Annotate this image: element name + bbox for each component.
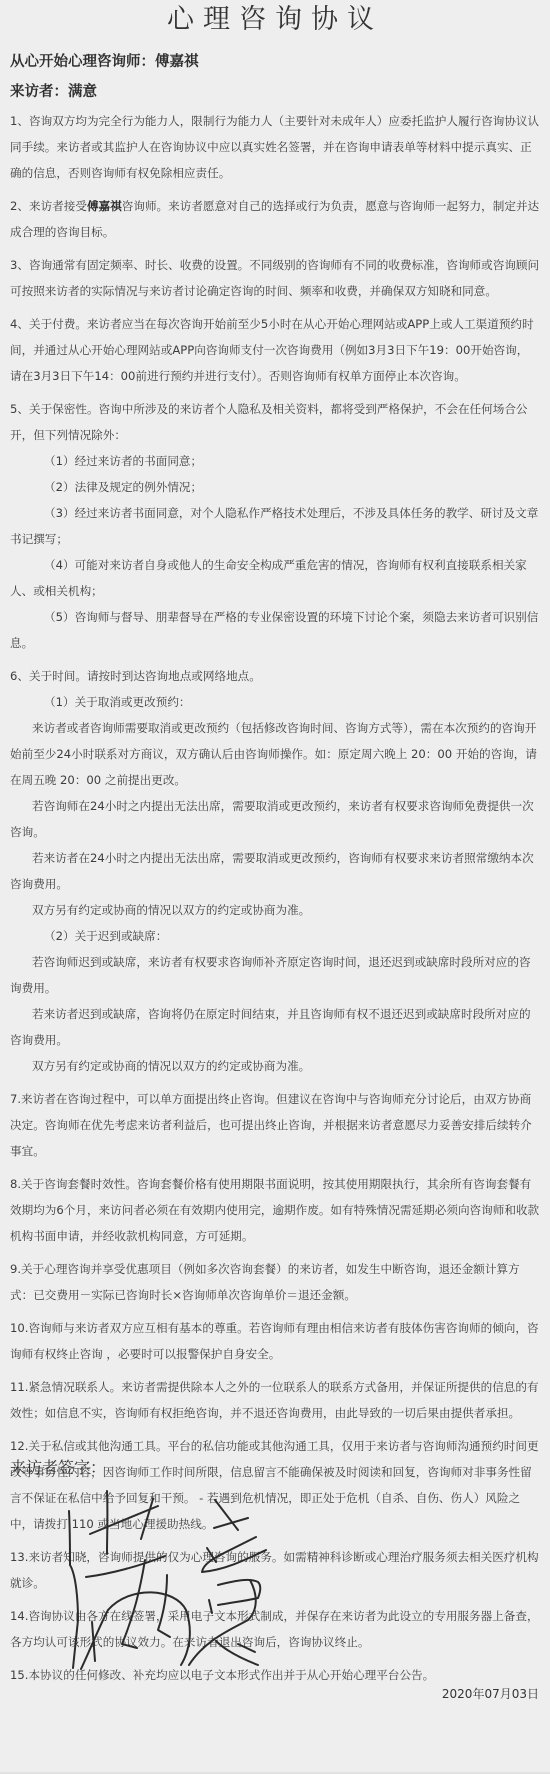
clause-5-item: （5）咨询师与督导、朋辈督导在严格的专业保密设置的环境下讨论个案，须隐去来访者可…: [10, 604, 540, 656]
clause-5: 5、关于保密性。咨询中所涉及的来访者个人隐私及相关资料，都将受到严格保护，不会在…: [10, 396, 540, 448]
signature-date: 2020年07月03日: [442, 1686, 539, 1702]
clause-8: 8.关于咨询套餐时效性。咨询套餐价格有使用期限书面说明，按其使用期限执行，其余所…: [10, 1171, 540, 1249]
clause-5-item: （4）可能对来访者自身或他人的生命安全构成严重危害的情况，咨询师有权利直接联系相…: [10, 552, 540, 604]
client-header: 来访者：满意: [10, 82, 97, 102]
clause-5-item: （2）法律及规定的例外情况；: [10, 474, 540, 500]
clause-6-sub1-para: 若来访者在24小时之内提出无法出席，需要取消或更改预约，咨询师有权要求来访者照常…: [10, 845, 540, 897]
clause-2-counselor-name: 傅嘉祺: [87, 199, 122, 213]
client-label: 来访者：: [10, 84, 68, 100]
counselor-name: 傅嘉祺: [155, 54, 199, 70]
clause-6-sub2-title: （2）关于迟到或缺席：: [10, 923, 540, 949]
clause-6: 6、关于时间。请按时到达咨询地点或网络地点。: [10, 663, 540, 689]
counselor-header: 从心开始心理咨询师：傅嘉祺: [10, 52, 199, 72]
clause-6-sub1-title: （1）关于取消或更改预约：: [10, 689, 540, 715]
agreement-page: 心理咨询协议 从心开始心理咨询师：傅嘉祺 来访者：满意 1、咨询双方均为完全行为…: [0, 0, 550, 1774]
clause-6-sub1-para: 双方另有约定或协商的情况以双方的约定或协商为准。: [10, 897, 540, 923]
clause-10: 10.咨询师与来访者双方应互相有基本的尊重。若咨询师有理由相信来访者有肢体伤害咨…: [10, 1315, 540, 1367]
clause-7: 7.来访者在咨询过程中，可以单方面提出终止咨询。但建议在咨询中与咨询师充分讨论后…: [10, 1086, 540, 1164]
clause-2: 2、来访者接受傅嘉祺咨询师。来访者愿意对自己的选择或行为负责，愿意与咨询师一起努…: [10, 193, 540, 245]
clause-6-sub2-para: 若来访者迟到或缺席，咨询将仍在原定时间结束，并且咨询师有权不退还迟到或缺席时段所…: [10, 1001, 540, 1053]
clause-9: 9.关于心理咨询并享受优惠项目（例如多次咨询套餐）的来访者，如发生中断咨询，退还…: [10, 1256, 540, 1308]
clause-6-sub2-para: 若咨询师迟到或缺席，来访者有权要求咨询师补齐原定咨询时间，退还迟到或缺席时段所对…: [10, 949, 540, 1001]
clause-6-sub1-para: 来访者或者咨询师需要取消或更改预约（包括修改咨询时间、咨询方式等），需在本次预约…: [10, 715, 540, 793]
clause-1: 1、咨询双方均为完全行为能力人，限制行为能力人（主要针对未成年人）应委托监护人履…: [10, 108, 540, 186]
clause-6-sub1-para: 若咨询师在24小时之内提出无法出席，需要取消或更改预约，来访者有权要求咨询师免费…: [10, 793, 540, 845]
clause-5-item: （3）经过来访者书面同意，对个人隐私作严格技术处理后，不涉及具体任务的教学、研讨…: [10, 500, 540, 552]
document-title: 心理咨询协议: [0, 2, 550, 38]
client-name: 满意: [68, 84, 97, 100]
handwritten-signature: [0, 1460, 550, 1700]
clause-4: 4、关于付费。来访者应当在每次咨询开始前至少5小时在从心开始心理网站或APP上或…: [10, 311, 540, 389]
clause-2-prefix: 2、来访者接受: [10, 199, 87, 213]
clause-6-sub2-para: 双方另有约定或协商的情况以双方的约定或协商为准。: [10, 1053, 540, 1079]
clause-11: 11.紧急情况联系人。来访者需提供除本人之外的一位联系人的联系方式备用，并保证所…: [10, 1374, 540, 1426]
counselor-label: 从心开始心理咨询师：: [10, 54, 155, 70]
clause-5-item: （1）经过来访者的书面同意；: [10, 448, 540, 474]
clause-3: 3、咨询通常有固定频率、时长、收费的设置。不同级别的咨询师有不同的收费标准，咨询…: [10, 252, 540, 304]
